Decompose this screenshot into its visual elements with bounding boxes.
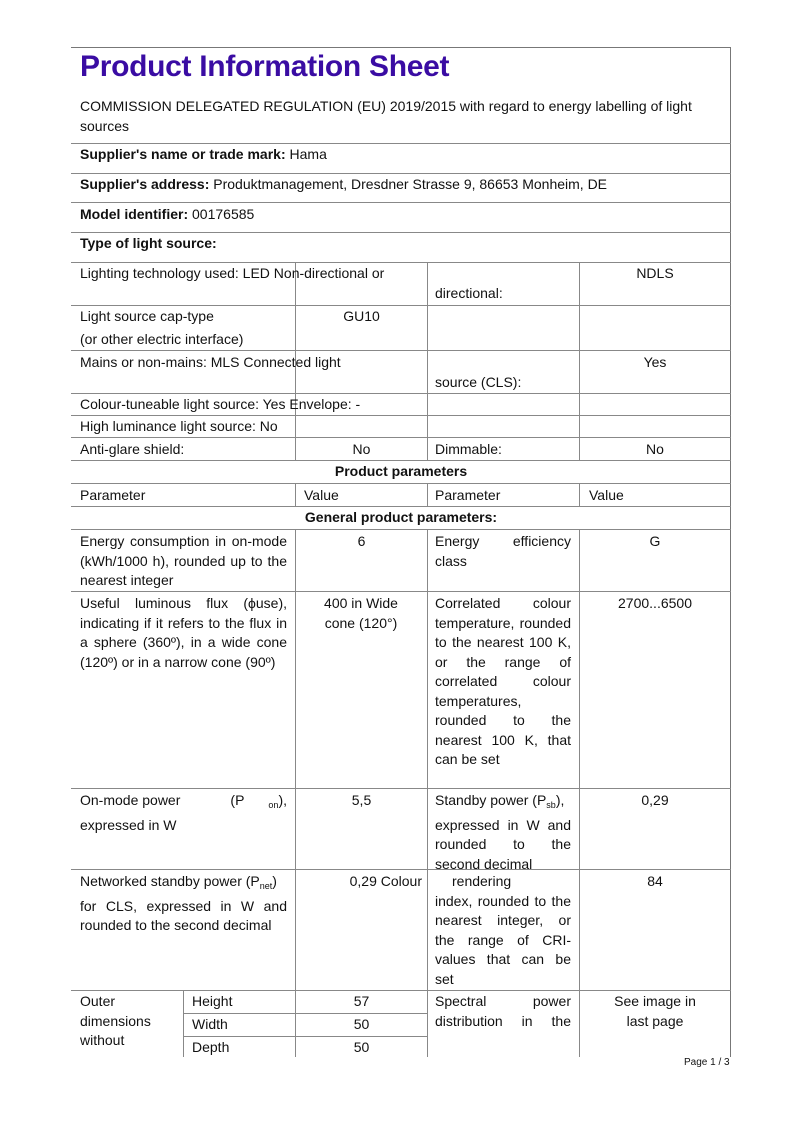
rule	[71, 202, 731, 203]
dimension-depth-value: 50	[296, 1038, 427, 1058]
rule	[71, 788, 731, 789]
cri-label-first: rendering	[435, 872, 571, 892]
col-header-value: Value	[589, 486, 624, 506]
cri-label: rendering index, rounded to the nearest …	[435, 872, 571, 989]
light-source-heading: Type of light source:	[80, 234, 217, 254]
rule	[71, 591, 731, 592]
standby-power-text: Standby power (P	[435, 792, 546, 808]
anti-glare-value: No	[296, 440, 427, 460]
on-mode-power-symbol: (P	[230, 792, 244, 808]
rule	[71, 232, 731, 233]
networked-standby-subscript: net	[260, 881, 273, 891]
directional-label: directional:	[435, 284, 503, 304]
dimmable-value: No	[580, 440, 730, 460]
dimension-height-label: Height	[192, 992, 232, 1012]
colour-temperature-value: 2700...6500	[580, 594, 730, 614]
on-mode-power-label: On-mode power (Pon), expressed in W	[80, 791, 287, 835]
supplier-name-value: Hama	[286, 146, 327, 162]
high-luminance: High luminance light source: No	[80, 417, 278, 437]
supplier-address: Supplier's address: Produktmanagement, D…	[80, 175, 607, 195]
luminous-flux-value: 400 in Wide cone (120°)	[310, 594, 412, 633]
cri-description: index, rounded to the nearest integer, o…	[435, 892, 571, 990]
rule	[71, 990, 731, 991]
rule	[427, 262, 428, 460]
rule	[183, 990, 184, 1057]
standby-power-paren: ),	[556, 792, 565, 808]
luminous-flux-label: Useful luminous flux (ϕuse), indicating …	[80, 594, 287, 672]
model-identifier: Model identifier: 00176585	[80, 205, 254, 225]
mains-connected: Mains or non-mains: MLS Connected light	[80, 353, 341, 373]
cls-label: source (CLS):	[435, 373, 521, 393]
model-identifier-label: Model identifier:	[80, 206, 188, 222]
rule	[71, 393, 731, 394]
standby-power-value: 0,29	[580, 791, 730, 811]
lighting-technology: Lighting technology used: LED Non-direct…	[80, 264, 384, 284]
energy-consumption-value: 6	[296, 532, 427, 552]
cap-type-label: Light source cap-type	[80, 307, 214, 327]
dimmable-label: Dimmable:	[435, 440, 502, 460]
supplier-name-label: Supplier's name or trade mark:	[80, 146, 286, 162]
col-header-parameter: Parameter	[435, 486, 500, 506]
networked-standby-value: 0,29 Colour	[296, 872, 422, 892]
dimension-depth-label: Depth	[192, 1038, 229, 1058]
energy-consumption-label: Energy consumption in on-mode (kWh/1000 …	[80, 532, 287, 591]
rule	[71, 437, 731, 438]
on-mode-power-paren: ),	[278, 792, 287, 808]
on-mode-power-unit: expressed in W	[80, 816, 287, 836]
rule	[71, 506, 731, 507]
regulation-subtitle: COMMISSION DELEGATED REGULATION (EU) 201…	[80, 96, 720, 136]
standby-power-description: expressed in W and rounded to the second…	[435, 816, 571, 875]
networked-standby-text: Networked standby power (P	[80, 873, 260, 889]
outer-dimensions-label: Outer dimensions without	[80, 992, 178, 1051]
rule	[71, 173, 731, 174]
energy-class-value: G	[580, 532, 730, 552]
dimension-width-label: Width	[192, 1015, 228, 1035]
colour-tuneable-envelope: Colour-tuneable light source: Yes Envelo…	[80, 395, 360, 415]
standby-power-label: Standby power (Psb), expressed in W and …	[435, 791, 571, 874]
product-parameters-heading: Product parameters	[71, 462, 731, 482]
on-mode-power-subscript: on	[268, 800, 278, 810]
model-identifier-value: 00176585	[188, 206, 254, 222]
energy-class-label: Energy efficiency class	[435, 532, 571, 571]
rule	[71, 415, 731, 416]
anti-glare-label: Anti-glare shield:	[80, 440, 184, 460]
cap-type-value: GU10	[296, 307, 427, 327]
supplier-name: Supplier's name or trade mark: Hama	[80, 145, 327, 165]
networked-standby-description: for CLS, expressed in W and rounded to t…	[80, 897, 287, 936]
general-parameters-heading: General product parameters:	[71, 508, 731, 528]
rule	[71, 529, 731, 530]
rule	[183, 1036, 427, 1037]
rule	[427, 483, 428, 506]
networked-standby-label: Networked standby power (Pnet) for CLS, …	[80, 872, 287, 936]
col-header-parameter: Parameter	[80, 486, 145, 506]
col-header-value: Value	[304, 486, 339, 506]
colour-temperature-label: Correlated colour temperature, rounded t…	[435, 594, 571, 770]
rule	[71, 483, 731, 484]
supplier-address-label: Supplier's address:	[80, 176, 209, 192]
rule	[71, 143, 731, 144]
rule	[71, 305, 731, 306]
supplier-address-value: Produktmanagement, Dresdner Strasse 9, 8…	[209, 176, 607, 192]
networked-standby-paren: )	[272, 873, 277, 889]
rule	[71, 869, 731, 870]
page-title: Product Information Sheet	[80, 50, 449, 84]
spectral-distribution-value: See image in last page	[610, 992, 700, 1031]
cap-type-sublabel: (or other electric interface)	[80, 330, 243, 350]
on-mode-power-text: On-mode power	[80, 791, 180, 816]
rule	[427, 529, 428, 1057]
dimension-width-value: 50	[296, 1015, 427, 1035]
cri-value: 84	[580, 872, 730, 892]
rule	[295, 483, 296, 506]
spectral-distribution-label: Spectral power distribution in the	[435, 992, 571, 1031]
cls-value: Yes	[580, 353, 730, 373]
on-mode-power-value: 5,5	[296, 791, 427, 811]
rule	[71, 460, 731, 461]
directional-value: NDLS	[580, 264, 730, 284]
rule	[183, 1013, 427, 1014]
rule	[71, 350, 731, 351]
rule	[579, 483, 580, 506]
dimension-height-value: 57	[296, 992, 427, 1012]
standby-power-subscript: sb	[546, 800, 556, 810]
rule	[71, 262, 731, 263]
page-number: Page 1 / 3	[684, 1057, 730, 1068]
